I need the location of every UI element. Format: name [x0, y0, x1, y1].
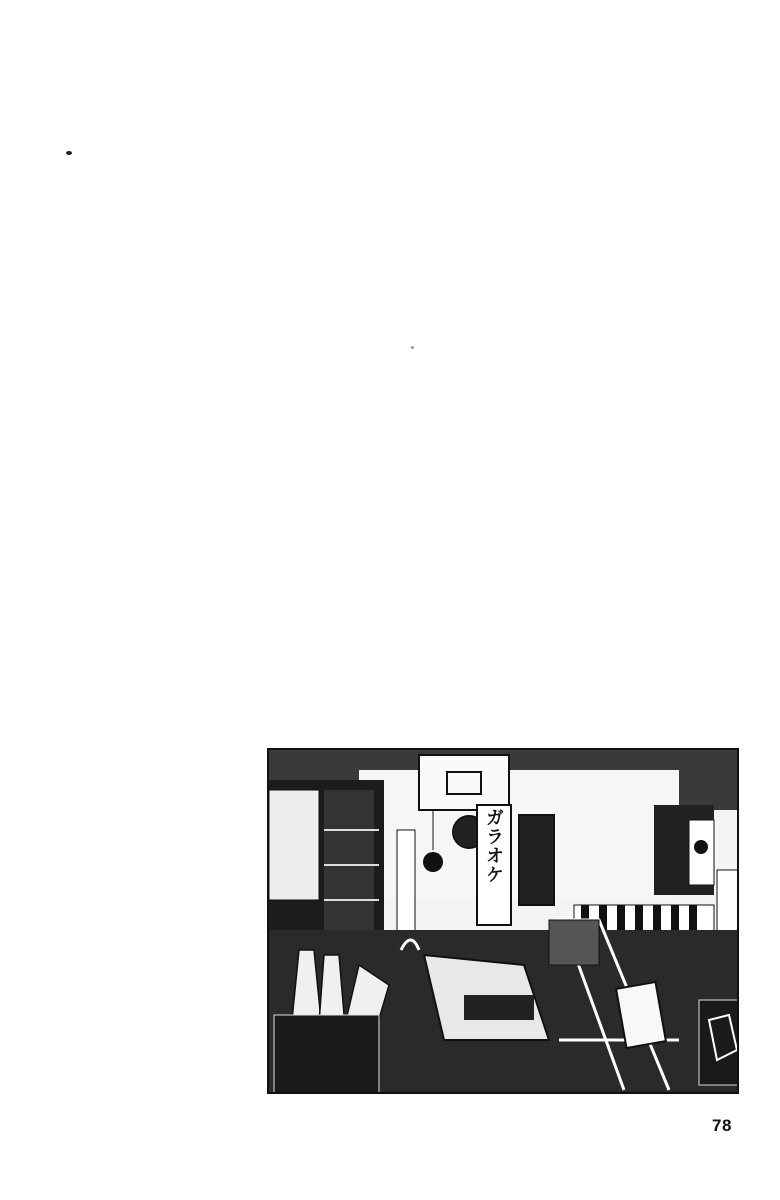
ink-speck — [411, 346, 414, 349]
karaoke-sign: ガラオケ — [482, 808, 504, 884]
storage-room-illustration — [269, 750, 739, 1094]
page-number: 78 — [712, 1116, 732, 1136]
manga-panel: ガラオケ — [267, 748, 739, 1094]
ink-speck — [66, 151, 72, 155]
